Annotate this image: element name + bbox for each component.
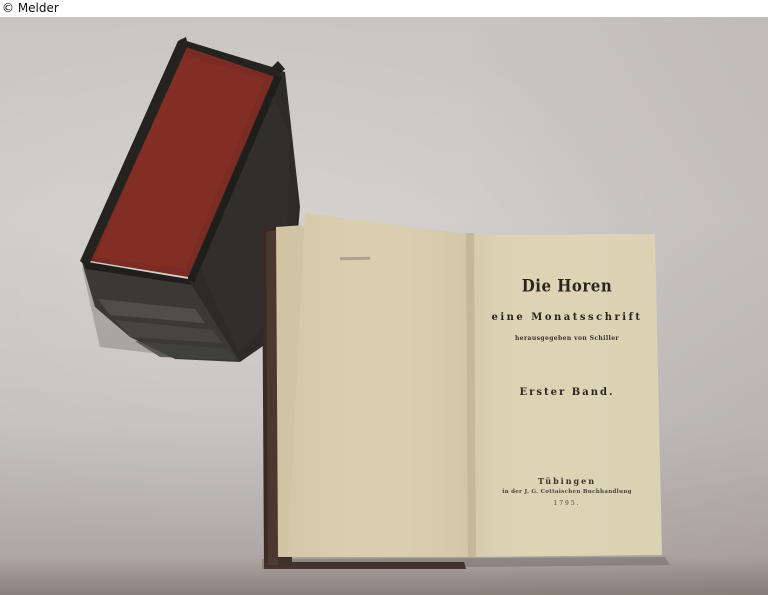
book-volume: Erster Band. bbox=[472, 387, 662, 398]
copyright-text: © Melder bbox=[2, 1, 59, 15]
copyright-caption: © Melder bbox=[0, 0, 768, 17]
open-book: Die Horen eine Monatsschrift herausgegeb… bbox=[0, 17, 768, 595]
book-photograph: Die Horen eine Monatsschrift herausgegeb… bbox=[0, 17, 768, 595]
book-place: Tübingen bbox=[472, 476, 662, 486]
book-editor-line: herausgegeben von Schiller bbox=[472, 335, 662, 342]
pencil-annotation bbox=[340, 257, 370, 261]
book-title: Die Horen bbox=[472, 276, 662, 296]
book-year: 1795. bbox=[472, 500, 662, 507]
book-subtitle: eine Monatsschrift bbox=[472, 312, 662, 323]
title-page: Die Horen eine Monatsschrift herausgegeb… bbox=[472, 235, 662, 555]
bottom-shadow bbox=[0, 555, 768, 595]
book-publisher: in der J. G. Cottaischen Buchhandlung bbox=[472, 489, 662, 495]
